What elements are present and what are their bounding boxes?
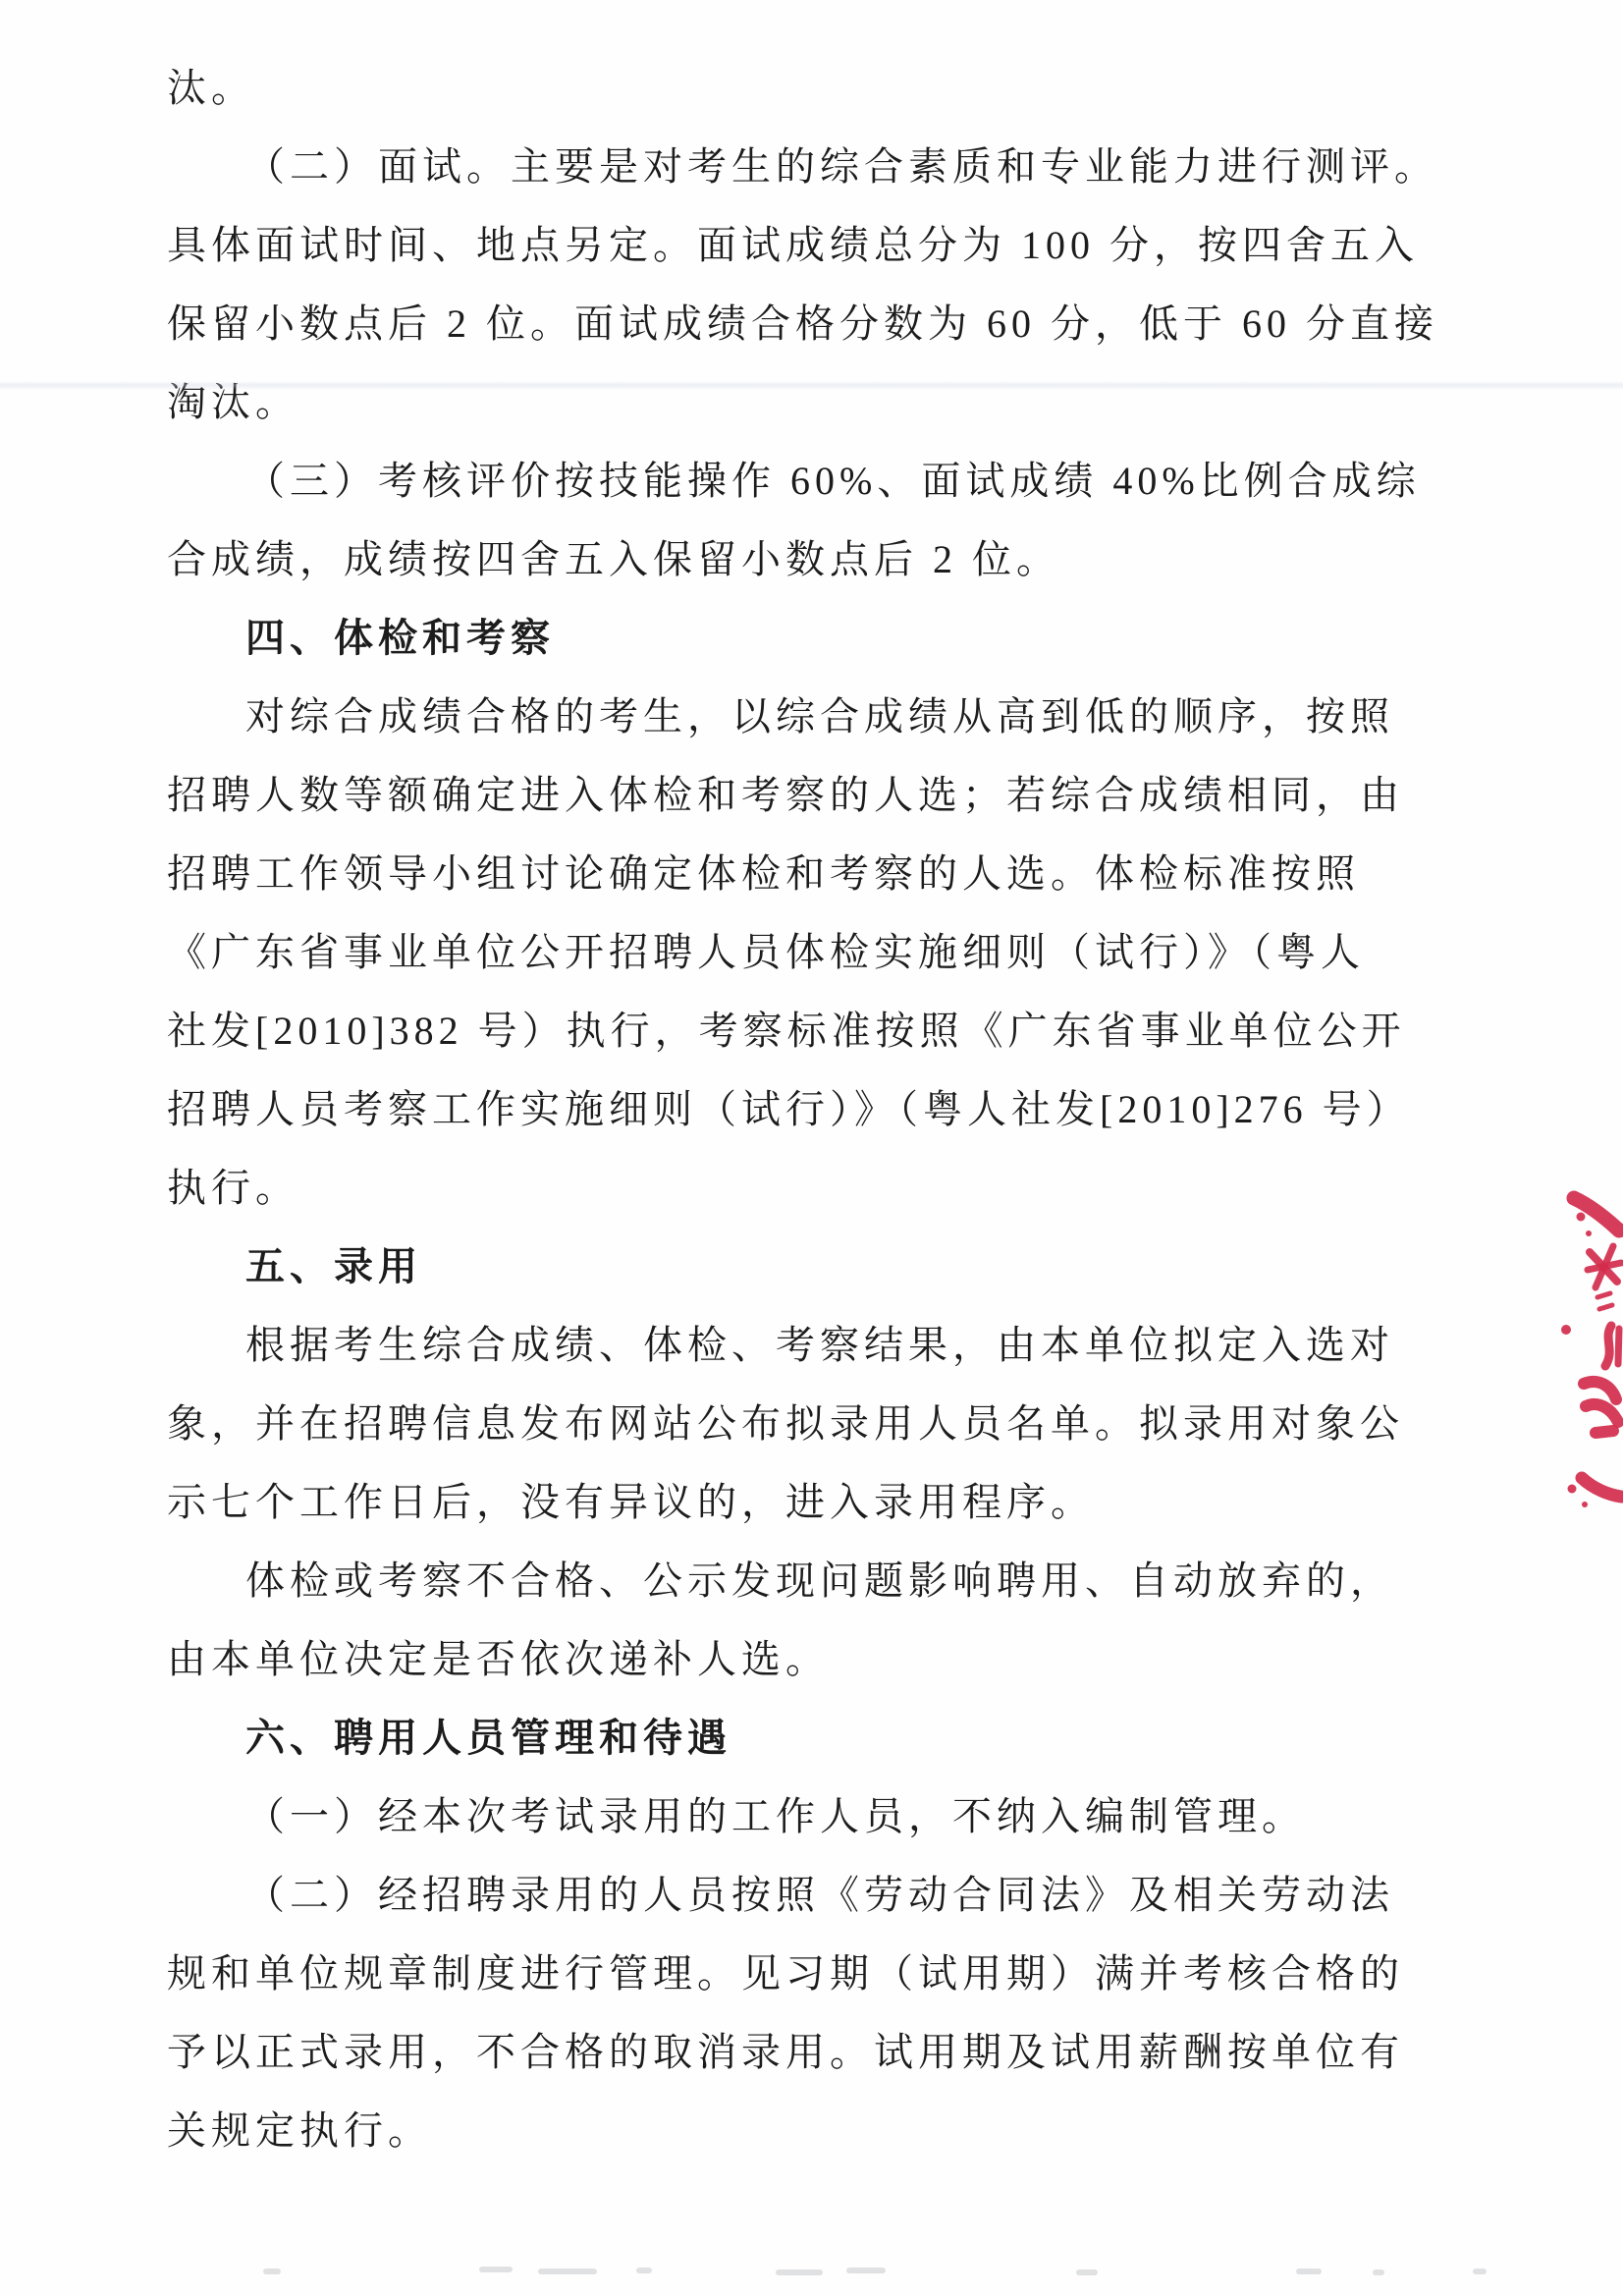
- text-line: 由本单位决定是否依次递补人选。: [167, 1620, 1473, 1699]
- text-line: 招聘人数等额确定进入体检和考察的人选；若综合成绩相同，由: [167, 756, 1473, 835]
- text-line: 示七个工作日后，没有异议的，进入录用程序。: [167, 1463, 1473, 1542]
- text-line: 淘汰。: [167, 363, 1473, 442]
- text-line: 根据考生综合成绩、体检、考察结果，由本单位拟定入选对: [167, 1306, 1473, 1385]
- document-page: 汰。（二）面试。主要是对考生的综合素质和专业能力进行测评。具体面试时间、地点另定…: [0, 0, 1623, 2296]
- text-line: （三）考核评价按技能操作 60%、面试成绩 40%比例合成综: [167, 442, 1473, 520]
- text-line: 保留小数点后 2 位。面试成绩合格分数为 60 分，低于 60 分直接: [167, 285, 1473, 363]
- section-heading: 五、录用: [167, 1228, 1473, 1306]
- text-line: 象，并在招聘信息发布网站公布拟录用人员名单。拟录用对象公: [167, 1385, 1473, 1463]
- text-line: 合成绩，成绩按四舍五入保留小数点后 2 位。: [167, 520, 1473, 599]
- text-line: 规和单位规章制度进行管理。见习期（试用期）满并考核合格的: [167, 1935, 1473, 2013]
- section-heading: 四、体检和考察: [167, 599, 1473, 678]
- text-line: 对综合成绩合格的考生，以综合成绩从高到低的顺序，按照: [167, 678, 1473, 756]
- text-line: 执行。: [167, 1149, 1473, 1228]
- text-line: 汰。: [167, 49, 1473, 128]
- text-line: 予以正式录用，不合格的取消录用。试用期及试用薪酬按单位有: [167, 2013, 1473, 2092]
- text-line: 《广东省事业单位公开招聘人员体检实施细则（试行）》（粤人: [167, 913, 1473, 992]
- text-line: 招聘工作领导小组讨论确定体检和考察的人选。体检标准按照: [167, 835, 1473, 913]
- text-line: 关规定执行。: [167, 2092, 1473, 2170]
- text-line: 社发[2010]382 号）执行，考察标准按照《广东省事业单位公开: [167, 992, 1473, 1070]
- text-line: 具体面试时间、地点另定。面试成绩总分为 100 分，按四舍五入: [167, 206, 1473, 285]
- document-body: 汰。（二）面试。主要是对考生的综合素质和专业能力进行测评。具体面试时间、地点另定…: [167, 49, 1473, 2170]
- text-line: 招聘人员考察工作实施细则（试行）》（粤人社发[2010]276 号）: [167, 1070, 1473, 1149]
- text-line: （一）经本次考试录用的工作人员，不纳入编制管理。: [167, 1777, 1473, 1856]
- red-seal-stamp-fragment: [1554, 1164, 1623, 1517]
- text-line: （二）经招聘录用的人员按照《劳动合同法》及相关劳动法: [167, 1856, 1473, 1935]
- text-line: 体检或考察不合格、公示发现问题影响聘用、自动放弃的，: [167, 1542, 1473, 1620]
- text-line: （二）面试。主要是对考生的综合素质和专业能力进行测评。: [167, 128, 1473, 206]
- section-heading: 六、聘用人员管理和待遇: [167, 1699, 1473, 1777]
